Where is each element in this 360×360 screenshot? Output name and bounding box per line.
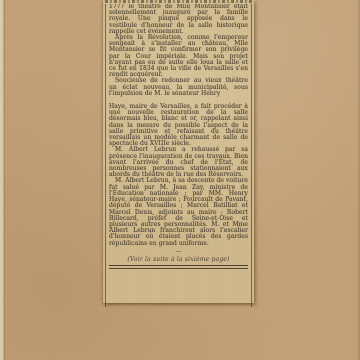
newspaper-clipping: 1777 le théâtre de Mlle Montansier était… (103, 0, 254, 303)
separator-dash: — (109, 249, 248, 254)
cropped-text-line (105, 0, 252, 3)
page-binding-edge (0, 0, 5, 360)
album-page: 1777 le théâtre de Mlle Montansier était… (0, 0, 360, 360)
article-paragraph: Après la Révolution, comme l'empereur so… (109, 35, 248, 78)
bottom-double-rule (109, 265, 248, 270)
article-paragraph: M. Albert Lebrun, à sa descente de voitu… (109, 178, 248, 246)
article-paragraph: M. Albert Lebrun a rehaussé par sa prése… (109, 147, 248, 178)
article-paragraph: 1777 le théâtre de Mlle Montansier était… (109, 4, 248, 35)
article-column: 1777 le théâtre de Mlle Montansier était… (105, 4, 252, 307)
article-paragraph: Haye, maire de Versailles, a fait procéd… (109, 104, 248, 147)
continuation-note: (Voir la suite à la sixième page) (109, 256, 248, 263)
article-paragraph: Soucieuse de redonner au vieux théâtre u… (109, 78, 248, 97)
